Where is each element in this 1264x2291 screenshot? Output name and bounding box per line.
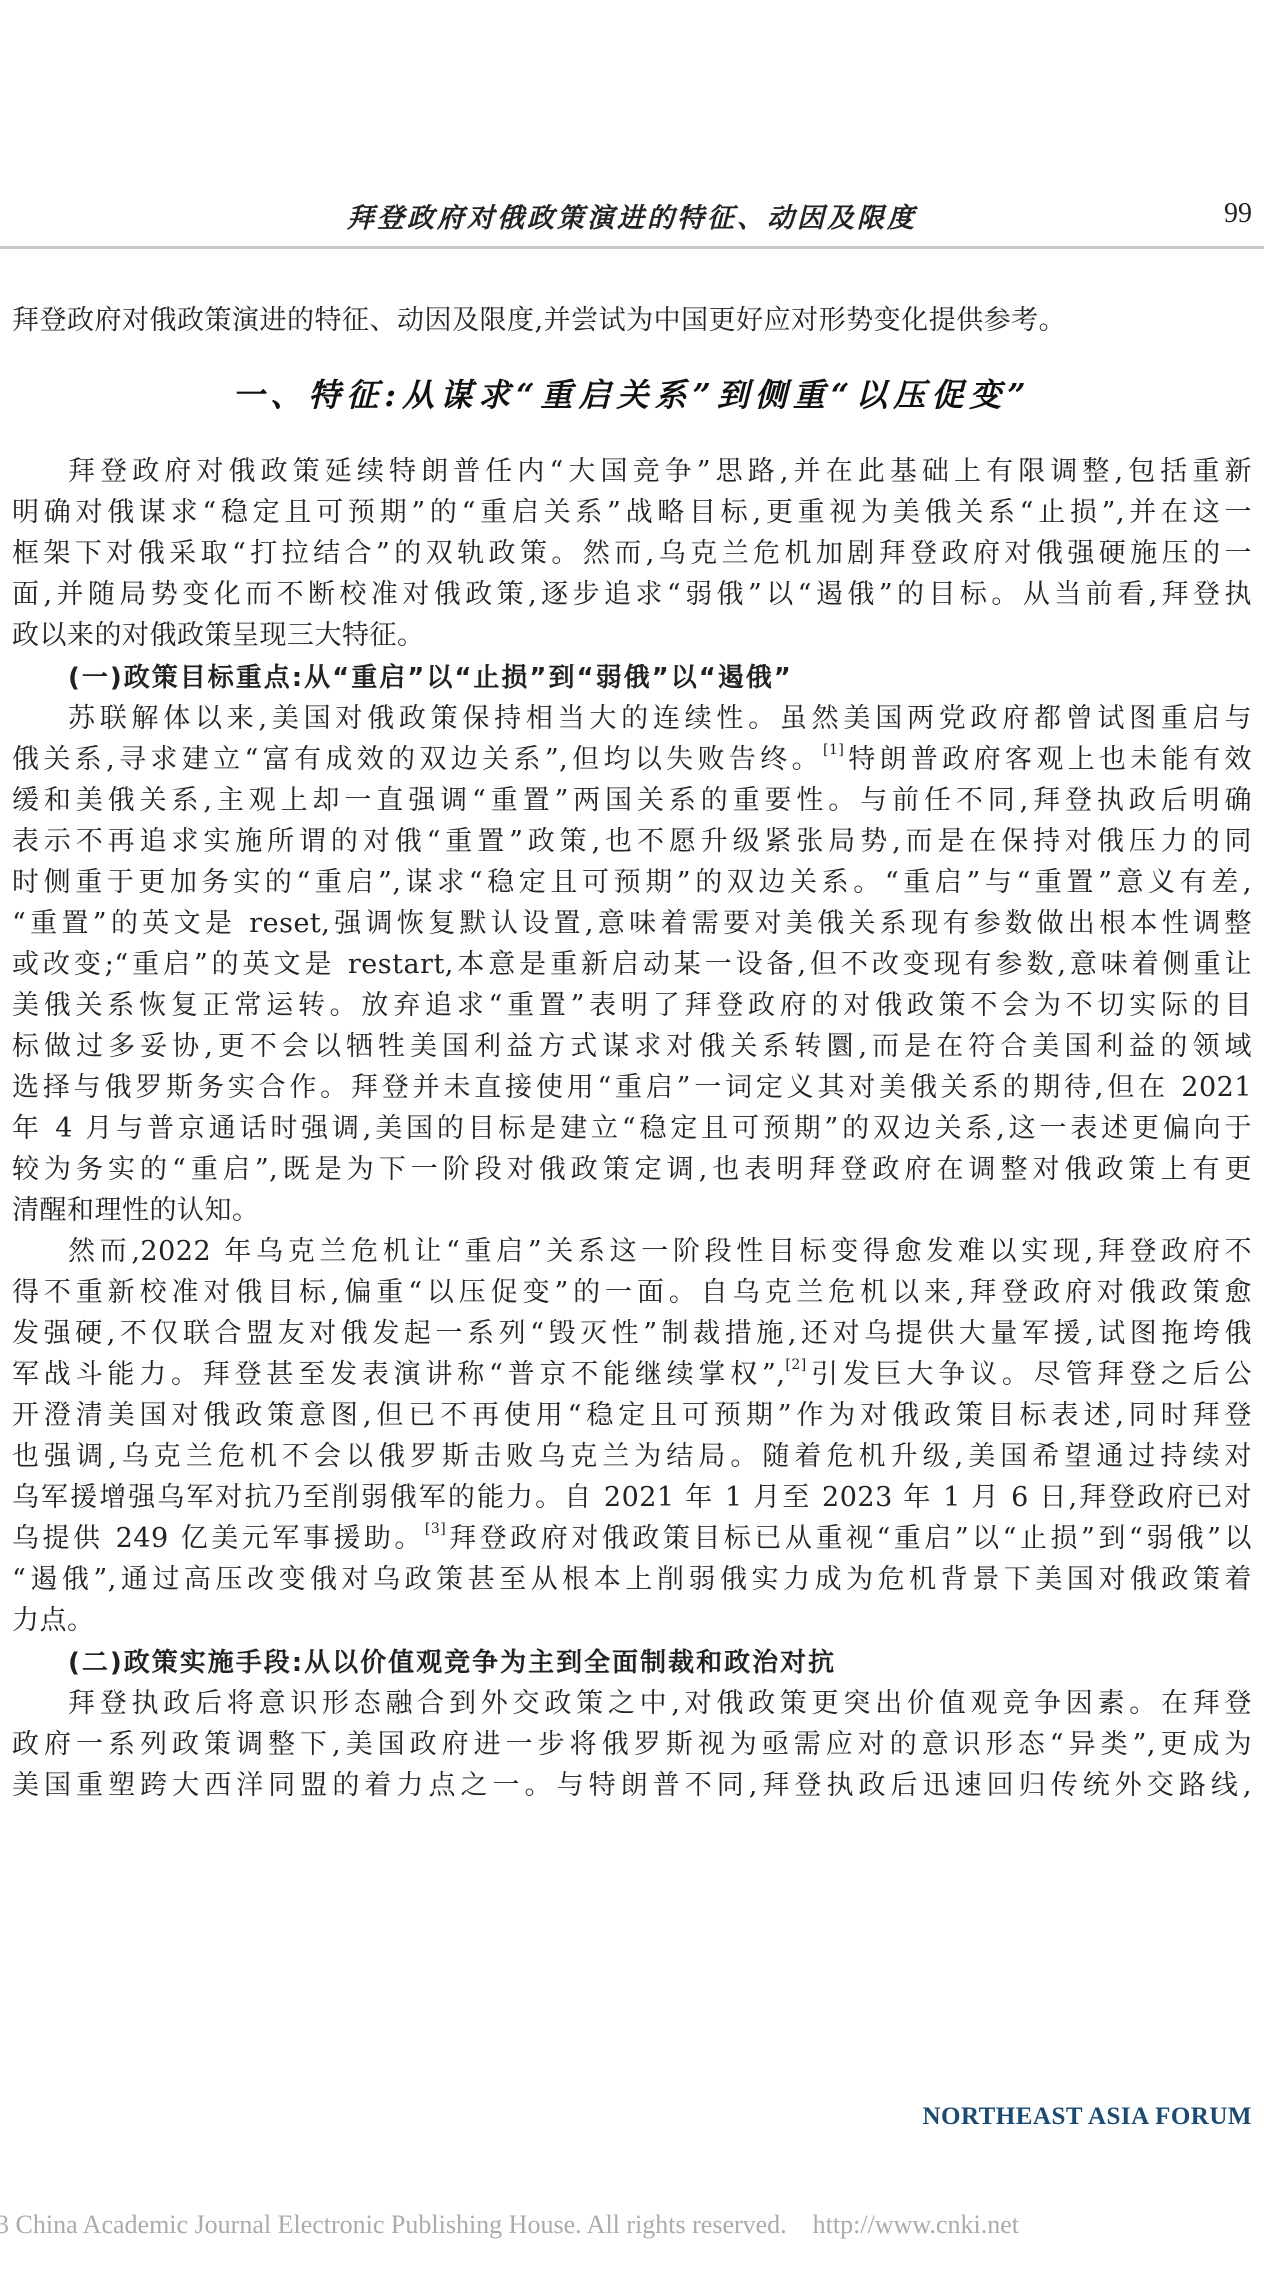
subsection-title: (二)政策实施手段:从以价值观竞争为主到全面制裁和政治对抗: [12, 1643, 1252, 1683]
text-line: 表示不再追求实施所谓的对俄“重置”政策,也不愿升级紧张局势,而是在保持对俄压力的…: [12, 821, 1252, 862]
text-line: 力点。: [12, 1600, 1252, 1641]
text-line: 或改变;“重启”的英文是 restart,本意是重新启动某一设备,但不改变现有参…: [12, 944, 1252, 985]
journal-name: NORTHEAST ASIA FORUM: [922, 2103, 1252, 2131]
text-segment: 引发巨大争议。尽管拜登之后公: [807, 1359, 1252, 1390]
text-line: “重置”的英文是 reset,强调恢复默认设置,意味着需要对美俄关系现有参数做出…: [12, 903, 1252, 944]
paragraph: 拜登政府对俄政策延续特朗普任内“大国竞争”思路,并在此基础上有限调整,包括重新 …: [12, 451, 1252, 656]
paragraph: 拜登执政后将意识形态融合到外交政策之中,对俄政策更突出价值观竞争因素。在拜登 政…: [12, 1683, 1252, 1806]
text-line: 政以来的对俄政策呈现三大特征。: [12, 615, 1252, 656]
citation-2[interactable]: [2]: [785, 1357, 806, 1373]
page-number: 99: [1224, 198, 1252, 230]
text-line: 也强调,乌克兰危机不会以俄罗斯击败乌克兰为结局。随着危机升级,美国希望通过持续对: [12, 1436, 1252, 1477]
text-line: 拜登执政后将意识形态融合到外交政策之中,对俄政策更突出价值观竞争因素。在拜登: [12, 1683, 1252, 1724]
running-header: 拜登政府对俄政策演进的特征、动因及限度 99: [0, 190, 1264, 240]
text-segment: 军战斗能力。拜登甚至发表演讲称“普京不能继续掌权”,: [12, 1359, 785, 1390]
text-line: 美俄关系恢复正常运转。放弃追求“重置”表明了拜登政府的对俄政策不会为不切实际的目: [12, 985, 1252, 1026]
running-title: 拜登政府对俄政策演进的特征、动因及限度: [0, 196, 1264, 235]
text-segment: 乌提供 249 亿美元军事援助。: [12, 1523, 425, 1554]
section-title: 一、特征:从谋求“重启关系”到侧重“以压促变”: [12, 373, 1252, 417]
text-line: 标做过多妥协,更不会以牺牲美国利益方式谋求对俄关系转圜,而是在符合美国利益的领域: [12, 1026, 1252, 1067]
text-line-with-citation: 俄关系,寻求建立“富有成效的双边关系”,但均以失败告终。[1]特朗普政府客观上也…: [12, 739, 1252, 780]
text-line: 苏联解体以来,美国对俄政策保持相当大的连续性。虽然美国两党政府都曾试图重启与: [12, 698, 1252, 739]
text-line: 框架下对俄采取“打拉结合”的双轨政策。然而,乌克兰危机加剧拜登政府对俄强硬施压的…: [12, 533, 1252, 574]
text-line: 清醒和理性的认知。: [12, 1190, 1252, 1231]
text-line: 政府一系列政策调整下,美国政府进一步将俄罗斯视为亟需应对的意识形态“异类”,更成…: [12, 1724, 1252, 1765]
text-line: 较为务实的“重启”,既是为下一阶段对俄政策定调,也表明拜登政府在调整对俄政策上有…: [12, 1149, 1252, 1190]
paragraph: 苏联解体以来,美国对俄政策保持相当大的连续性。虽然美国两党政府都曾试图重启与 俄…: [12, 698, 1252, 1231]
intro-line: 拜登政府对俄政策演进的特征、动因及限度,并尝试为中国更好应对形势变化提供参考。: [12, 300, 1252, 341]
text-line: 年 4 月与普京通话时强调,美国的目标是建立“稳定且可预期”的双边关系,这一表述…: [12, 1108, 1252, 1149]
text-line: 然而,2022 年乌克兰危机让“重启”关系这一阶段性目标变得愈发难以实现,拜登政…: [12, 1231, 1252, 1272]
text-line: 面,并随局势变化而不断校准对俄政策,逐步追求“弱俄”以“遏俄”的目标。从当前看,…: [12, 574, 1252, 615]
text-line-with-citation: 军战斗能力。拜登甚至发表演讲称“普京不能继续掌权”,[2]引发巨大争议。尽管拜登…: [12, 1354, 1252, 1395]
header-rule: [0, 246, 1264, 249]
text-line-with-citation: 乌提供 249 亿美元军事援助。[3]拜登政府对俄政策目标已从重视“重启”以“止…: [12, 1518, 1252, 1559]
text-line: 美国重塑跨大西洋同盟的着力点之一。与特朗普不同,拜登执政后迅速回归传统外交路线,: [12, 1765, 1252, 1806]
citation-1[interactable]: [1]: [823, 742, 844, 758]
text-line: 缓和美俄关系,主观上却一直强调“重置”两国关系的重要性。与前任不同,拜登执政后明…: [12, 780, 1252, 821]
text-line: 乌军援增强乌军对抗乃至削弱俄军的能力。自 2021 年 1 月至 2023 年 …: [12, 1477, 1252, 1518]
article-body: 拜登政府对俄政策演进的特征、动因及限度,并尝试为中国更好应对形势变化提供参考。 …: [12, 300, 1252, 1806]
text-line: 开澄清美国对俄政策意图,但已不再使用“稳定且可预期”作为对俄政策目标表述,同时拜…: [12, 1395, 1252, 1436]
text-segment: 拜登政府对俄政策目标已从重视“重启”以“止损”到“弱俄”以: [446, 1523, 1252, 1554]
subsection-title: (一)政策目标重点:从“重启”以“止损”到“弱俄”以“遏俄”: [12, 658, 1252, 698]
paragraph: 然而,2022 年乌克兰危机让“重启”关系这一阶段性目标变得愈发难以实现,拜登政…: [12, 1231, 1252, 1641]
text-line: 拜登政府对俄政策延续特朗普任内“大国竞争”思路,并在此基础上有限调整,包括重新: [12, 451, 1252, 492]
citation-3[interactable]: [3]: [425, 1521, 446, 1537]
copyright-notice: 3 China Academic Journal Electronic Publ…: [0, 2210, 1019, 2240]
text-line: 得不重新校准对俄目标,偏重“以压促变”的一面。自乌克兰危机以来,拜登政府对俄政策…: [12, 1272, 1252, 1313]
text-segment: 特朗普政府客观上也未能有效: [844, 744, 1252, 775]
text-line: “遏俄”,通过高压改变俄对乌政策甚至从根本上削弱俄实力成为危机背景下美国对俄政策…: [12, 1559, 1252, 1600]
text-segment: 俄关系,寻求建立“富有成效的双边关系”,但均以失败告终。: [12, 744, 823, 775]
text-line: 明确对俄谋求“稳定且可预期”的“重启关系”战略目标,更重视为美俄关系“止损”,并…: [12, 492, 1252, 533]
text-line: 时侧重于更加务实的“重启”,谋求“稳定且可预期”的双边关系。“重启”与“重置”意…: [12, 862, 1252, 903]
text-line: 选择与俄罗斯务实合作。拜登并未直接使用“重启”一词定义其对美俄关系的期待,但在 …: [12, 1067, 1252, 1108]
text-line: 发强硬,不仅联合盟友对俄发起一系列“毁灭性”制裁措施,还对乌提供大量军援,试图拖…: [12, 1313, 1252, 1354]
